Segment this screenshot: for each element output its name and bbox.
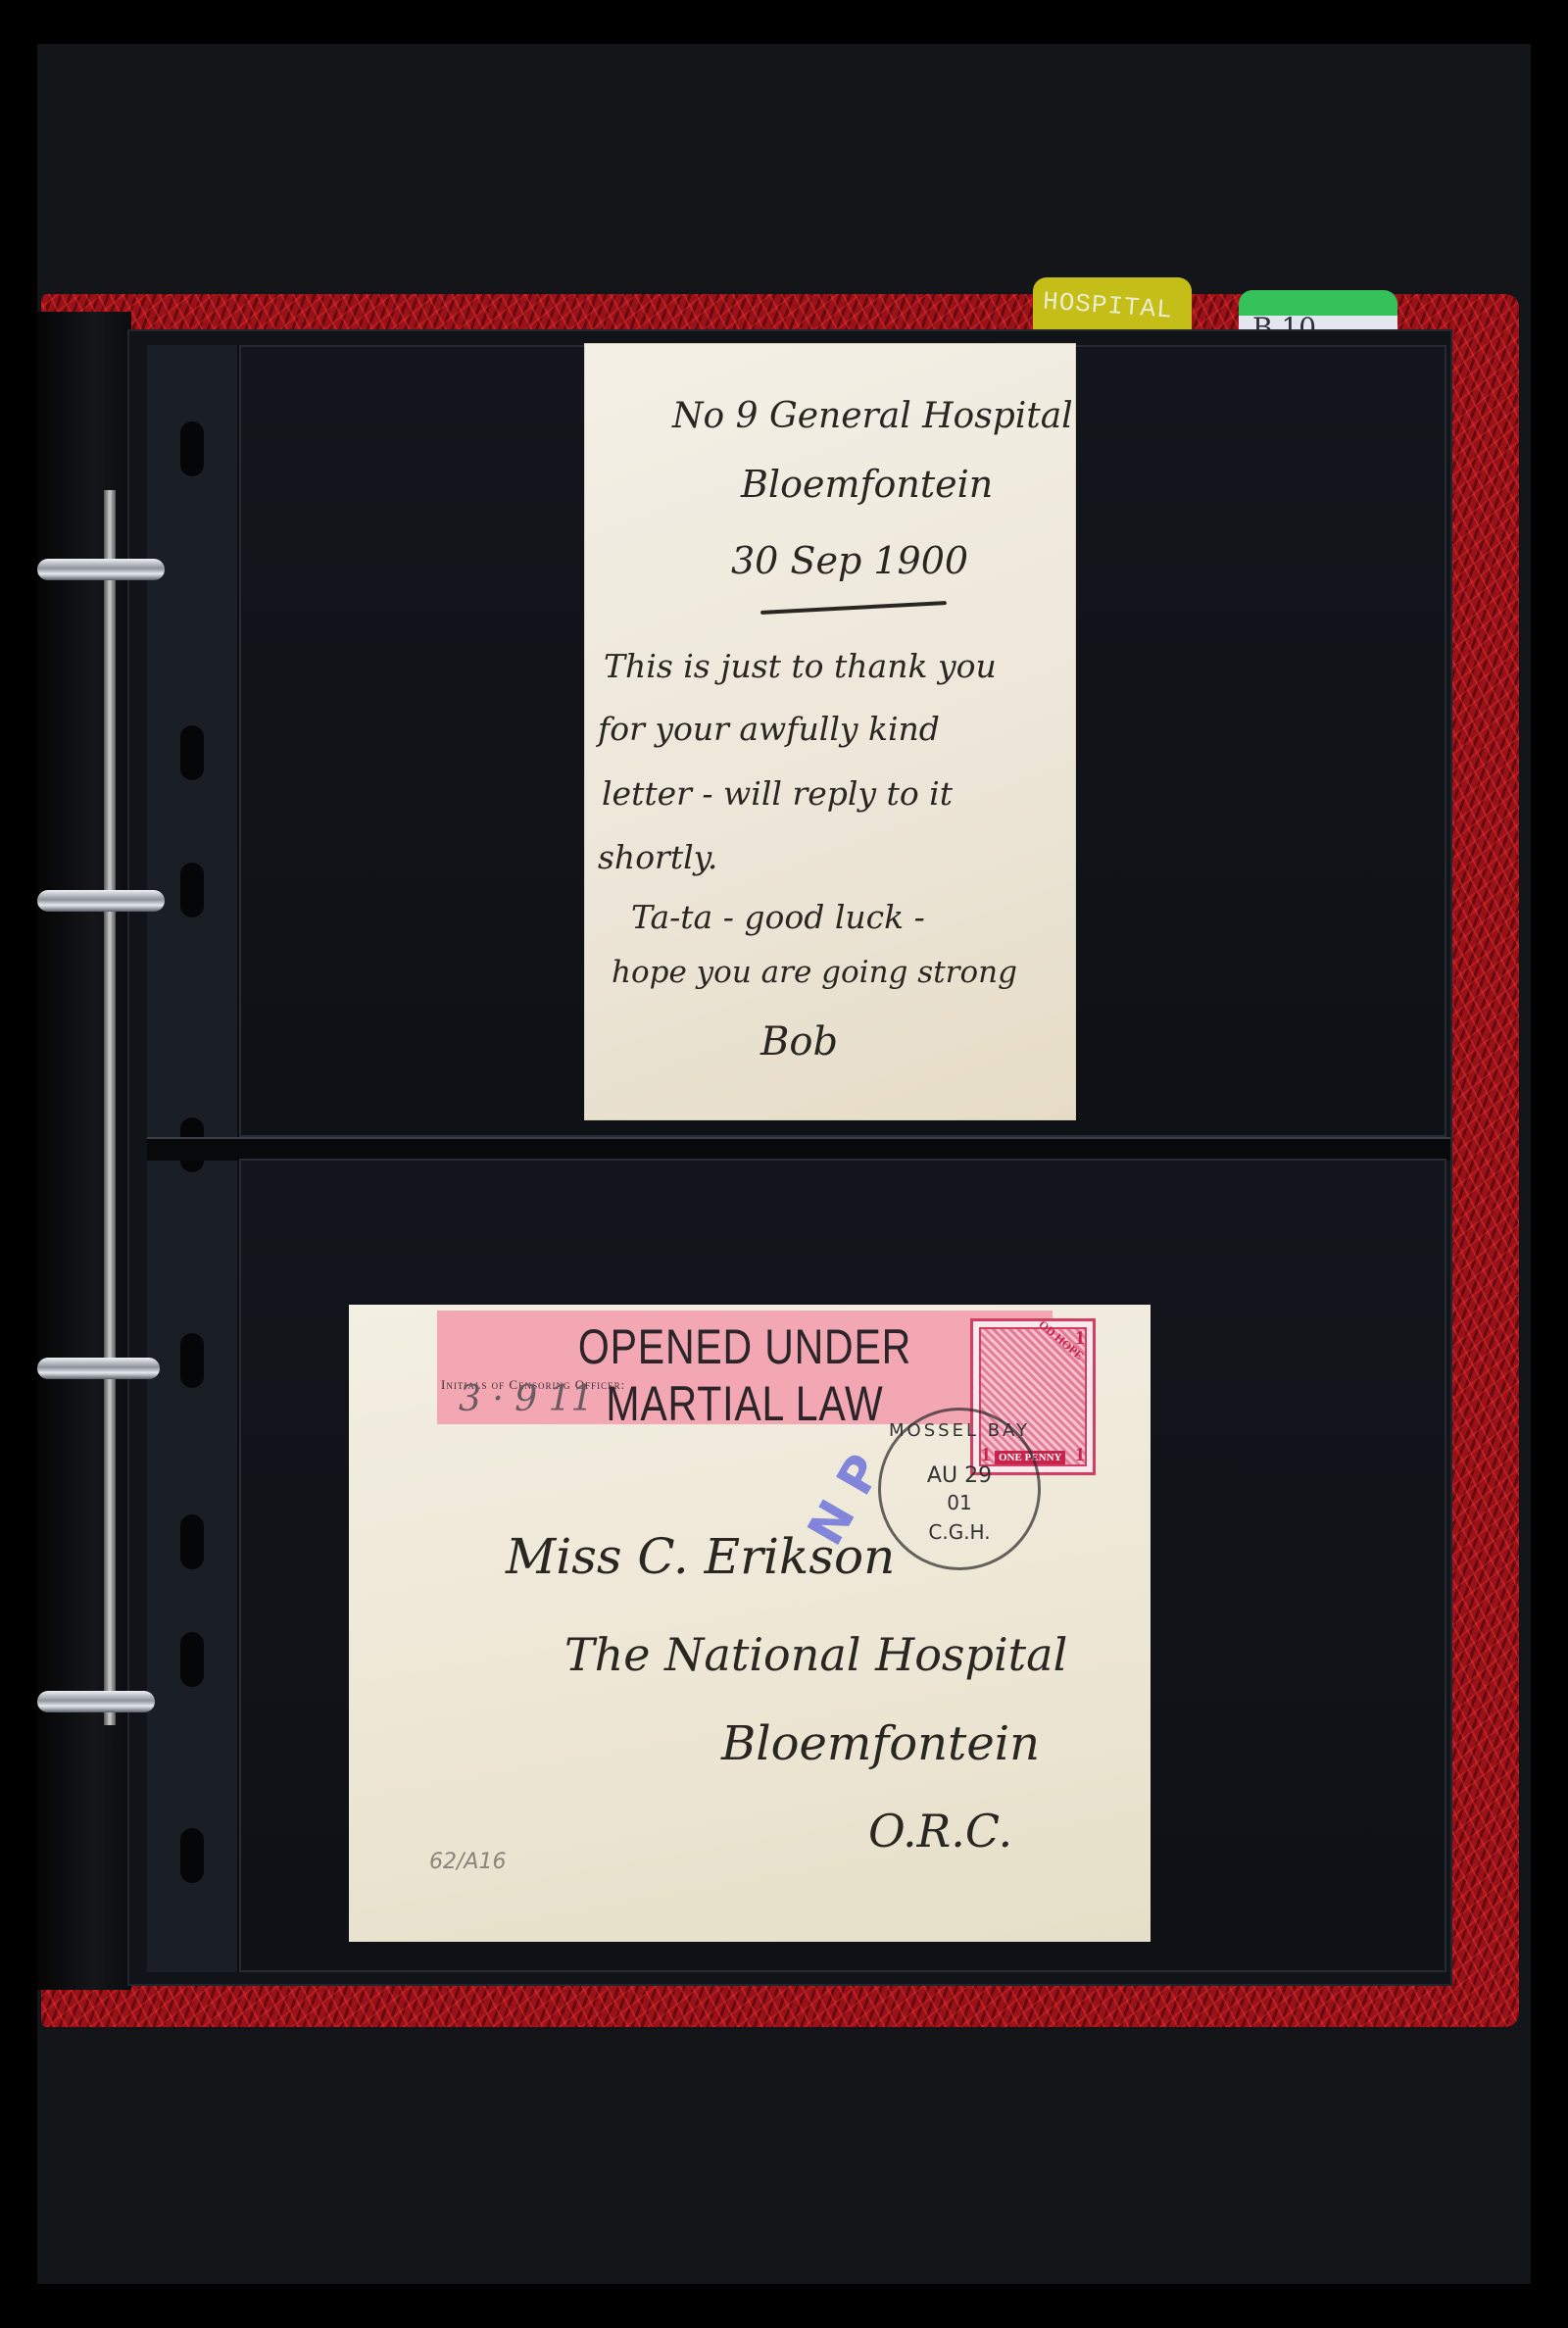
postmark-colony: C.G.H.: [881, 1520, 1038, 1544]
card-date: 30 Sep 1900: [731, 539, 968, 582]
punch-hole: [180, 1514, 204, 1569]
address-line: O.R.C.: [868, 1805, 1012, 1857]
censored-cover: OPENED UNDER MARTIAL LAW Initials of Cen…: [349, 1305, 1151, 1942]
punch-hole: [180, 1333, 204, 1388]
binder-ring: [37, 1691, 155, 1712]
card-line: Bloemfontein: [741, 463, 993, 506]
punch-hole: [180, 725, 204, 780]
punch-hole: [180, 863, 204, 917]
address-line: The National Hospital: [564, 1628, 1067, 1681]
binder-ring: [37, 1358, 160, 1379]
postmark-date: AU 29: [881, 1463, 1038, 1488]
ring-post: [104, 490, 116, 1725]
card-line: shortly.: [598, 838, 717, 876]
postmark: MOSSEL BAY AU 29 01 C.G.H.: [878, 1408, 1041, 1570]
pocket-divider: [147, 1137, 1450, 1161]
card-signature: Bob: [760, 1019, 838, 1065]
card-line: for your awfully kind: [598, 710, 940, 748]
handwritten-card: No 9 General Hospital Bloemfontein 30 Se…: [584, 343, 1076, 1120]
punch-hole: [180, 1828, 204, 1883]
punch-hole: [180, 1632, 204, 1687]
punch-hole: [180, 421, 204, 476]
pencil-reference: 62/A16: [429, 1850, 506, 1874]
card-line: Ta-ta - good luck -: [631, 898, 925, 936]
binder-ring: [37, 559, 165, 580]
postmark-year: 01: [881, 1491, 1038, 1514]
card-line: No 9 General Hospital: [672, 396, 1073, 436]
underline: [760, 601, 947, 615]
card-line: This is just to thank you: [604, 647, 997, 685]
binder-ring: [37, 890, 165, 912]
stamp-corner: 1: [1075, 1444, 1085, 1466]
postmark-town: MOSSEL BAY: [881, 1420, 1038, 1441]
card-line: hope you are going strong: [612, 955, 1017, 990]
address-line: Miss C. Erikson: [506, 1528, 895, 1585]
censor-initials: 3 · 9 11: [459, 1379, 593, 1419]
address-line: Bloemfontein: [721, 1716, 1040, 1771]
tab-label: HOSPITAL: [1042, 286, 1174, 324]
card-line: letter - will reply to it: [602, 774, 953, 813]
